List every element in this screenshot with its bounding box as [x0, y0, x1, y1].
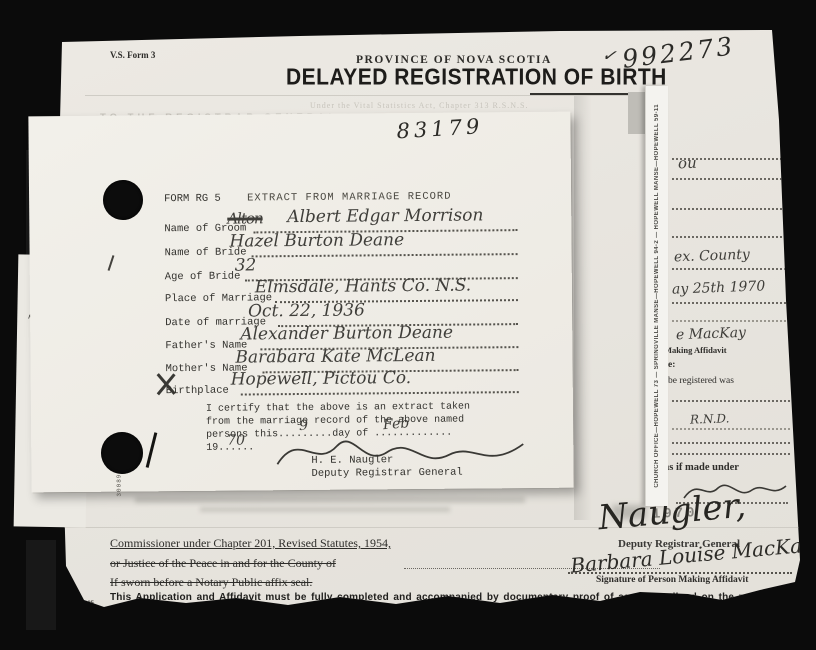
dotted-line [672, 442, 790, 444]
field-label: Birthplace [166, 385, 229, 398]
field-value-handwritten: 32 [235, 255, 257, 275]
certification-year-handwritten: 70 [227, 432, 245, 448]
faint-underlying-text [200, 507, 450, 512]
right-fragment-handwriting: e MacKay [676, 325, 747, 343]
registrar-signature-handwritten: Naugler, [597, 486, 748, 539]
hole-punch-top [103, 180, 143, 220]
dotted-line [672, 208, 790, 210]
right-fragment-handwriting: ex. County [674, 247, 750, 266]
affiant-signature-caption: Signature of Person Making Affidavit [596, 575, 748, 585]
signatory-name: H. E. Naugler [311, 454, 393, 467]
paper-crease [574, 96, 592, 520]
right-fragment-print: as if made under [664, 462, 739, 473]
field-value-handwritten: Alexander Burton Deane [240, 323, 453, 345]
field-value-handwritten: Oct. 22, 1936 [248, 300, 365, 321]
dotted-leader [568, 572, 792, 574]
dotted-leader [252, 253, 518, 257]
dotted-line [672, 428, 790, 430]
dotted-line [672, 178, 790, 180]
commissioner-line: Commissioner under Chapter 201, Revised … [110, 536, 391, 551]
dotted-line [672, 236, 790, 238]
underlying-sheet-edge [85, 95, 645, 96]
scanned-document: V.S. Form 3 PROVINCE OF NOVA SCOTIA DELA… [0, 0, 816, 650]
dotted-line [672, 302, 790, 304]
field-label: Age of Bride [165, 271, 241, 284]
letterhead-strip-text: CHURCH OFFICE—HOPEWELL 73 — SPRINGVILLE … [654, 104, 660, 488]
hole-punch-bottom [101, 432, 143, 474]
notary-line: If sworn before a Notary Public affix se… [110, 575, 312, 590]
field-value-handwritten: Elmsdale, Hants Co. N.S. [255, 276, 471, 298]
signatory-title: Deputy Registrar General [311, 467, 462, 480]
field-row-birthplace: Birthplace Hopewell, Pictou Co. [31, 378, 573, 401]
statute-subtitle: Under the Vital Statistics Act, Chapter … [310, 101, 528, 110]
dotted-line [672, 400, 790, 402]
extract-form-title: EXTRACT FROM MARRIAGE RECORD [247, 191, 452, 205]
right-fragment-handwriting: ay 25th 1970 [672, 278, 766, 297]
justice-line: or Justice of the Peace in and for the C… [110, 556, 336, 571]
right-fragment-handwriting: R.N.D. [690, 411, 730, 426]
letterhead-strip: CHURCH OFFICE—HOPEWELL 73 — SPRINGVILLE … [645, 86, 668, 506]
serial-number-handwritten: 992273 [621, 31, 737, 74]
scanner-bed-strip [26, 540, 56, 630]
form-code: V.S. Form 3 [110, 50, 155, 60]
completion-notice: This Application and Affidavit must be f… [110, 592, 816, 603]
page-title: DELAYED REGISTRATION OF BIRTH [286, 65, 667, 91]
dotted-leader [241, 391, 519, 395]
page-number: 385 [84, 601, 94, 607]
field-value-handwritten: Hopewell, Pictou Co. [231, 368, 412, 390]
struck-out-word: Alton [227, 209, 263, 227]
extract-form-code: FORM RG 5 [164, 193, 221, 205]
right-fragment-handwriting: ou [678, 154, 697, 173]
side-number: 30089 [115, 474, 122, 497]
field-value-handwritten: Albert Edgar Morrison [287, 205, 483, 227]
field-value-handwritten: Hazel Burton Deane [229, 230, 404, 252]
dotted-line [672, 453, 790, 455]
dotted-line [672, 268, 790, 270]
right-fragment-print: be registered was [668, 376, 734, 386]
stamp-number-handwritten: 83179 [396, 114, 484, 143]
field-value-handwritten: Barabara Kate McLean [235, 346, 435, 368]
dotted-line [672, 320, 790, 322]
faint-underlying-text [135, 497, 525, 503]
checkmark-icon: ✓ [601, 45, 618, 67]
right-fragment-print: Making Affidavit [664, 345, 727, 355]
